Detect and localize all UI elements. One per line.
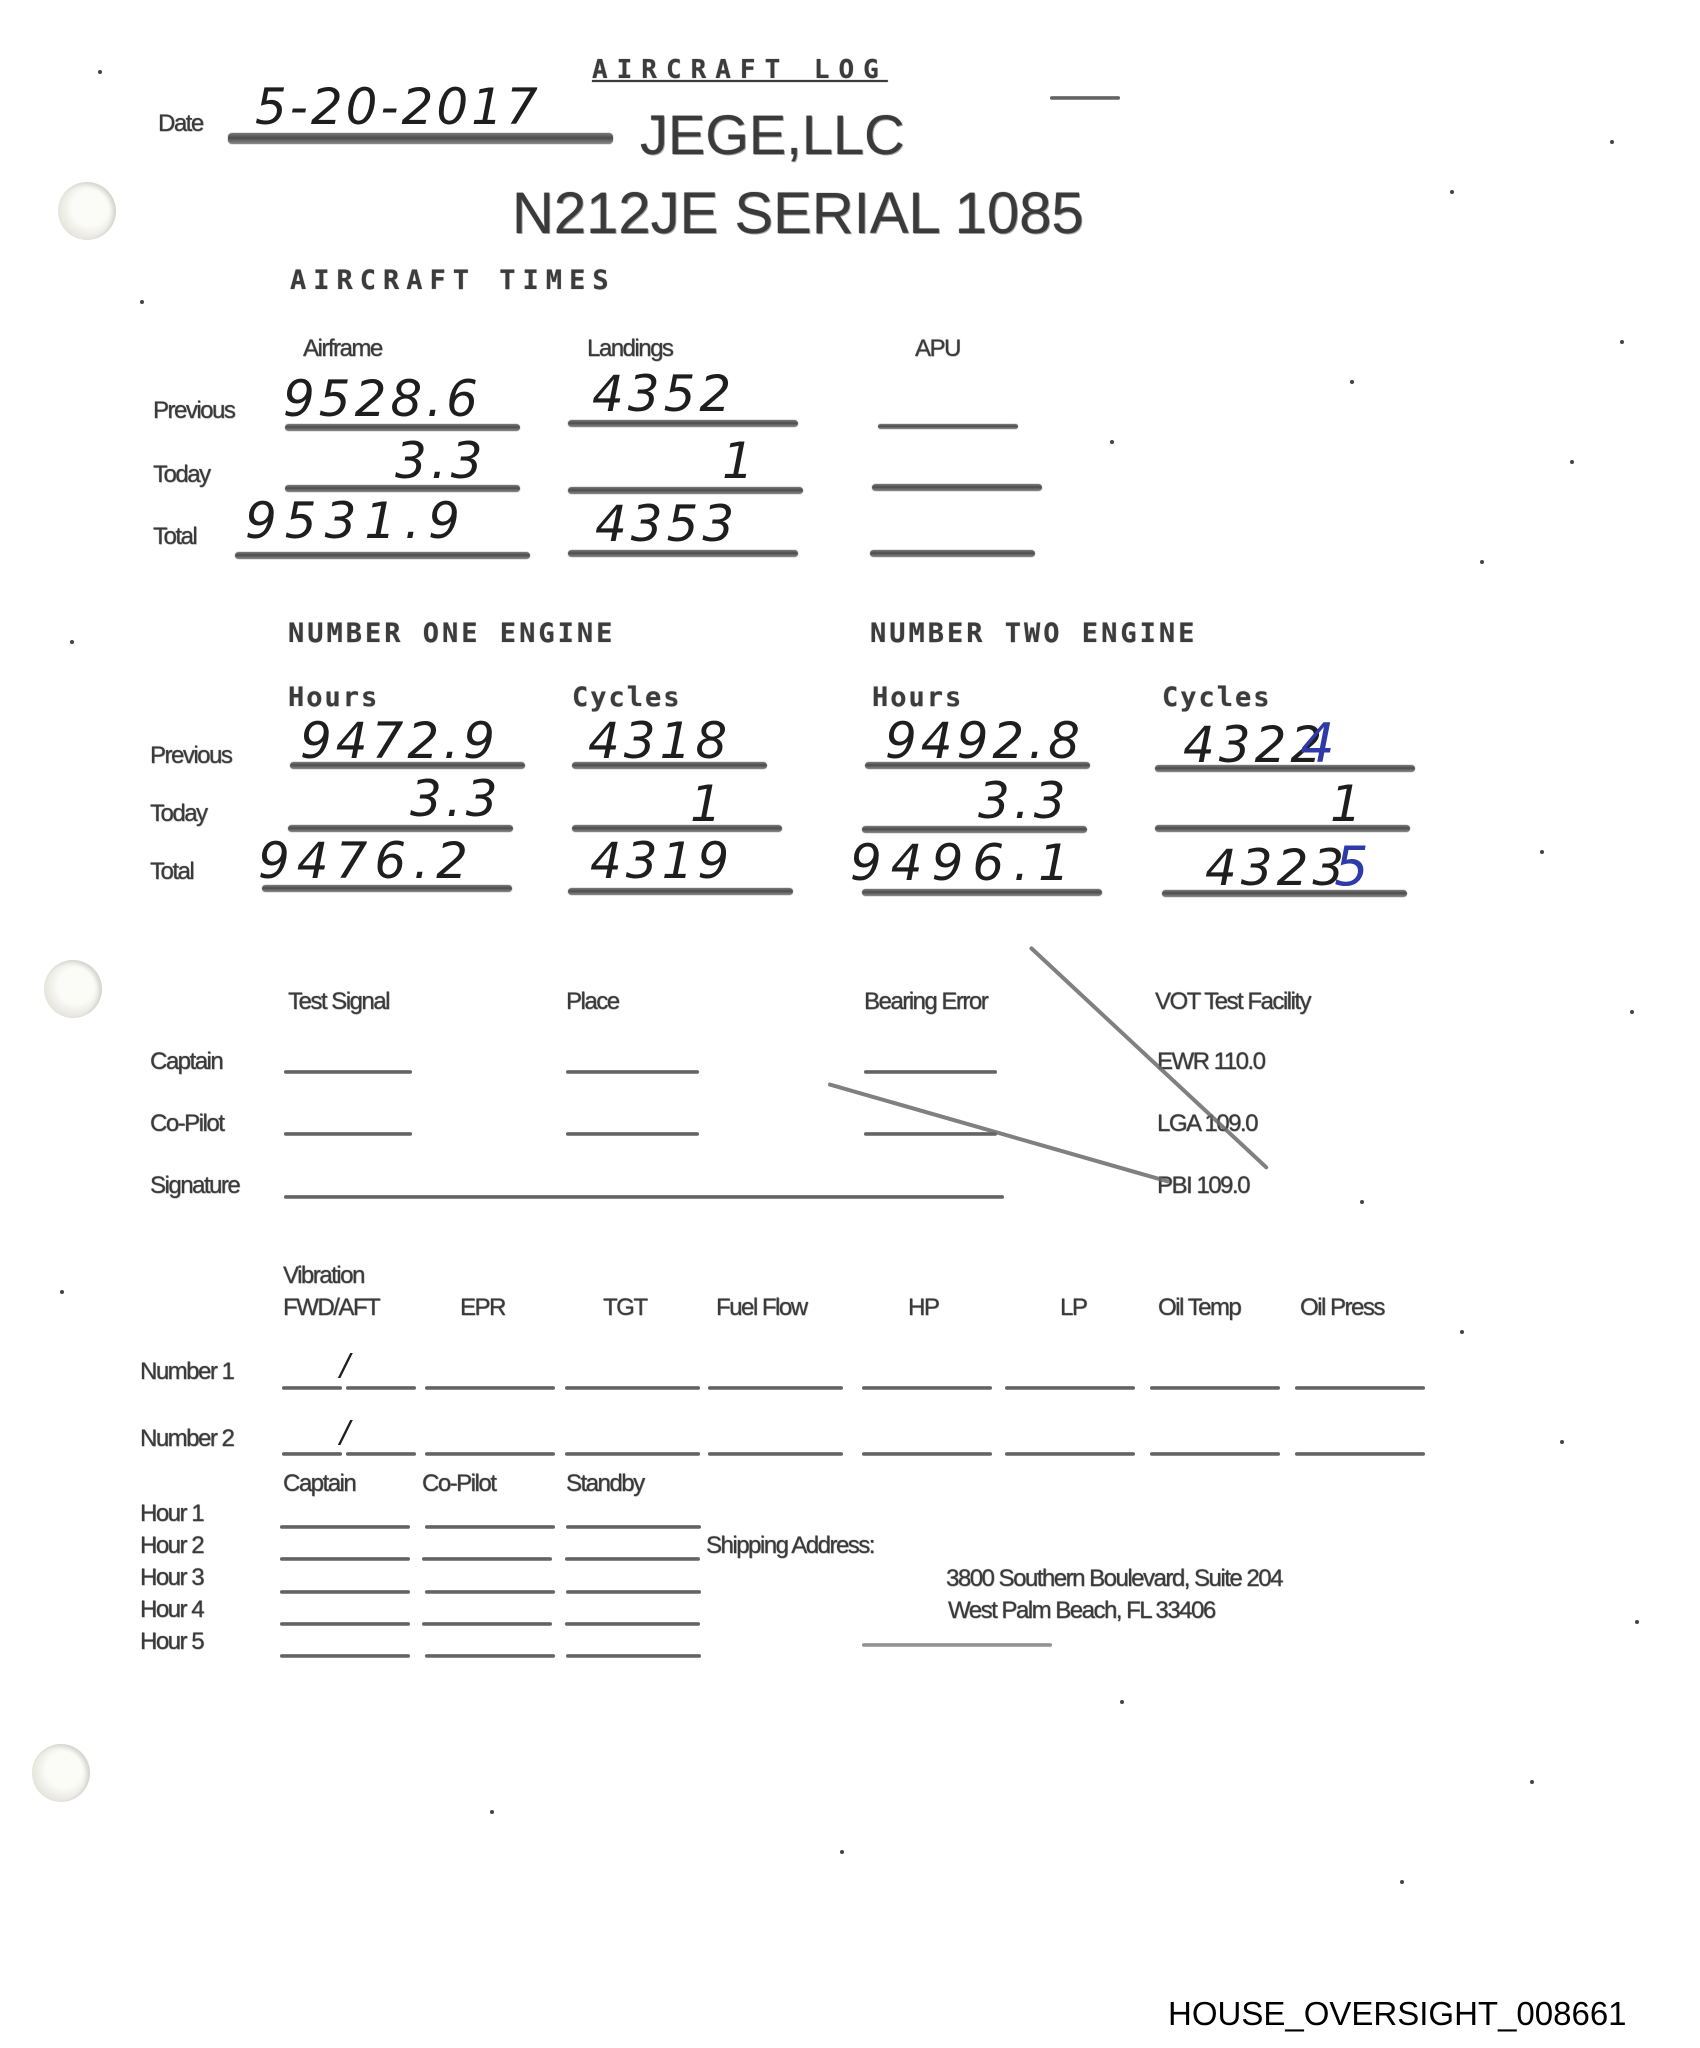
airframe-total-line [235, 552, 530, 559]
engine-one-title: NUMBER ONE ENGINE [288, 618, 615, 649]
col-hp: HP [908, 1294, 938, 1322]
hour-row-4: Hour 4 [140, 1596, 203, 1624]
engine-one-hours-label: Hours [288, 682, 379, 713]
engine-row-total: Total [150, 858, 193, 886]
shipping-line2: West Palm Beach, FL 33406 [948, 1597, 1215, 1625]
scan-speck [1635, 1620, 1639, 1624]
apu-today-line [872, 484, 1042, 491]
signature-field[interactable] [284, 1195, 1004, 1199]
engine-two-cycles-total-base: 4323 [1205, 839, 1348, 897]
airframe-previous[interactable]: 9528.6 [283, 370, 482, 428]
shipping-label: Shipping Address: [706, 1532, 874, 1560]
engine-two-cycles-total-correction: 5 [1334, 835, 1368, 898]
apu-total-line [870, 550, 1035, 557]
n1-fuel-flow-field[interactable] [708, 1386, 843, 1390]
scan-speck [1400, 1880, 1404, 1884]
scan-speck [140, 300, 144, 304]
n1-oil-press-field[interactable] [1295, 1386, 1425, 1390]
hour3-copilot-field[interactable] [425, 1590, 555, 1594]
engine-two-cycles-total[interactable]: 43235 [1205, 835, 1369, 898]
engine-row-previous: Previous [150, 742, 231, 770]
engine-two-hours-today-line [862, 826, 1087, 833]
n2-fuel-flow-field[interactable] [708, 1452, 843, 1456]
airframe-today-line [285, 485, 520, 492]
scan-speck [1450, 190, 1454, 194]
apu-previous-line [878, 424, 1018, 429]
engine-two-cycles-today-line [1155, 825, 1410, 832]
hour1-standby-field[interactable] [566, 1525, 701, 1529]
engine-two-hours-total[interactable]: 9496.1 [850, 834, 1079, 892]
scan-speck [1110, 440, 1114, 444]
hour2-standby-field[interactable] [565, 1557, 700, 1561]
scan-speck [98, 70, 102, 74]
n1-epr-field[interactable] [425, 1386, 555, 1390]
n2-tgt-field[interactable] [565, 1452, 700, 1456]
vibration-label-line1: Vibration [283, 1262, 364, 1290]
number2-vibration-slash: / [340, 1415, 354, 1450]
engine-one-hours-total[interactable]: 9476.2 [258, 832, 475, 890]
hour-row-5: Hour 5 [140, 1628, 203, 1656]
engine-two-cycles-label: Cycles [1162, 682, 1272, 713]
hour1-copilot-field[interactable] [425, 1525, 555, 1529]
scan-speck [1480, 560, 1484, 564]
hour-row-1: Hour 1 [140, 1500, 203, 1528]
title-underline-tail [1050, 96, 1120, 100]
hour1-captain-field[interactable] [280, 1525, 410, 1529]
col-epr: EPR [460, 1294, 505, 1322]
scan-speck [1530, 1780, 1534, 1784]
scan-speck [1610, 140, 1614, 144]
date-value[interactable]: 5-20-2017 [255, 78, 541, 136]
col-tgt: TGT [603, 1294, 647, 1322]
engine-one-cycles-previous-line [572, 762, 767, 769]
landings-today-line [568, 487, 803, 494]
hour5-standby-field[interactable] [566, 1654, 701, 1658]
hour4-standby-field[interactable] [565, 1622, 700, 1626]
hourly-col-captain: Captain [283, 1470, 355, 1498]
number1-vibration-slash: / [340, 1348, 354, 1383]
vot-row-signature: Signature [150, 1172, 239, 1200]
col-fuel-flow: Fuel Flow [716, 1294, 807, 1322]
scan-speck [1350, 380, 1354, 384]
engine-one-hours-total-line [262, 885, 512, 892]
col-landings: Landings [587, 335, 672, 363]
vot-col-test-signal: Test Signal [288, 988, 389, 1016]
scan-speck [840, 1850, 844, 1854]
n2-hp-field[interactable] [862, 1452, 992, 1456]
n2-vibration-aft[interactable] [346, 1452, 416, 1456]
engine-one-hours-today-line [288, 825, 513, 832]
hourly-col-standby: Standby [566, 1470, 644, 1498]
company-name: JEGE,LLC [640, 102, 905, 167]
copilot-test-signal-field[interactable] [284, 1132, 412, 1136]
punch-hole-bottom [32, 1744, 90, 1802]
row-today: Today [153, 461, 210, 489]
n2-lp-field[interactable] [1005, 1452, 1135, 1456]
landings-previous[interactable]: 4352 [592, 365, 735, 423]
form-title: AIRCRAFT LOG [592, 55, 888, 85]
n2-oil-press-field[interactable] [1295, 1452, 1425, 1456]
date-underline [228, 133, 613, 144]
col-oil-temp: Oil Temp [1158, 1294, 1240, 1322]
punch-hole-top [58, 182, 116, 240]
engine-row-today: Today [150, 800, 207, 828]
bates-number: HOUSE_OVERSIGHT_008661 [1168, 1995, 1627, 2033]
engine-one-cycles-total[interactable]: 4319 [590, 832, 733, 890]
captain-bearing-error-field[interactable] [864, 1070, 997, 1074]
airframe-previous-line [285, 424, 520, 431]
copilot-bearing-error-field[interactable] [864, 1132, 997, 1136]
airframe-total[interactable]: 9531.9 [245, 492, 468, 550]
n1-tgt-field[interactable] [565, 1386, 700, 1390]
scan-speck [1460, 1330, 1464, 1334]
reading-row-number1: Number 1 [140, 1358, 233, 1386]
n1-vibration-fwd[interactable] [282, 1386, 342, 1390]
landings-total-line [568, 550, 798, 557]
landings-today[interactable]: 1 [722, 432, 758, 490]
vot-facility-ewr: EWR 110.0 [1157, 1048, 1264, 1076]
n2-vibration-fwd[interactable] [282, 1452, 342, 1456]
engine-two-hours-total-line [862, 889, 1102, 896]
hour2-captain-field[interactable] [280, 1557, 410, 1561]
vibration-label-line2: FWD/AFT [283, 1294, 379, 1322]
col-airframe: Airframe [303, 335, 382, 363]
scan-speck [1540, 850, 1544, 854]
scan-speck [1570, 460, 1574, 464]
captain-test-signal-field[interactable] [284, 1070, 412, 1074]
hour3-captain-field[interactable] [280, 1590, 410, 1594]
scan-speck [1560, 1440, 1564, 1444]
scan-speck [60, 1290, 64, 1294]
n2-oil-temp-field[interactable] [1150, 1452, 1280, 1456]
vot-row-copilot: Co-Pilot [150, 1110, 223, 1138]
n1-vibration-aft[interactable] [346, 1386, 416, 1390]
landings-previous-line [568, 420, 798, 427]
n1-lp-field[interactable] [1005, 1386, 1135, 1390]
vot-col-facility: VOT Test Facility [1155, 988, 1310, 1016]
engine-two-hours-today[interactable]: 3.3 [978, 772, 1070, 830]
hourly-col-copilot: Co-Pilot [422, 1470, 495, 1498]
date-label: Date [158, 110, 203, 138]
hour3-standby-field[interactable] [566, 1590, 701, 1594]
punch-hole-middle [44, 960, 102, 1018]
captain-place-field[interactable] [566, 1070, 699, 1074]
engine-two-hours-label: Hours [872, 682, 963, 713]
hour5-captain-field[interactable] [280, 1654, 410, 1658]
engine-one-cycles-today-line [572, 825, 782, 832]
vot-facility-pbi: PBI 109.0 [1157, 1172, 1249, 1200]
n2-epr-field[interactable] [425, 1452, 555, 1456]
n1-hp-field[interactable] [862, 1386, 992, 1390]
engine-two-cycles-total-line [1162, 890, 1407, 897]
vot-row-captain: Captain [150, 1048, 222, 1076]
hour4-captain-field[interactable] [280, 1622, 410, 1626]
engine-two-cycles-previous-line [1155, 765, 1415, 772]
scan-speck [1120, 1700, 1124, 1704]
row-total: Total [153, 523, 196, 551]
airframe-today[interactable]: 3.3 [395, 432, 487, 490]
aircraft-times-title: AIRCRAFT TIMES [290, 265, 616, 296]
scan-speck [1630, 1010, 1634, 1014]
copilot-place-field[interactable] [566, 1132, 699, 1136]
shipping-line1: 3800 Southern Boulevard, Suite 204 [946, 1565, 1282, 1593]
scan-speck [1620, 340, 1624, 344]
scan-speck [490, 1810, 494, 1814]
reading-row-number2: Number 2 [140, 1425, 233, 1453]
engine-one-cycles-label: Cycles [572, 682, 682, 713]
hour-row-2: Hour 2 [140, 1532, 203, 1560]
engine-one-hours-today[interactable]: 3.3 [410, 770, 502, 828]
engine-one-hours-previous-line [290, 762, 525, 769]
vot-col-place: Place [566, 988, 619, 1016]
col-apu: APU [915, 335, 960, 363]
scan-speck [1360, 1200, 1364, 1204]
shipping-pen-mark [862, 1643, 1052, 1647]
engine-two-title: NUMBER TWO ENGINE [870, 618, 1197, 649]
hour2-copilot-field[interactable] [422, 1557, 552, 1561]
row-previous: Previous [153, 397, 234, 425]
col-lp: LP [1060, 1294, 1086, 1322]
hour-row-3: Hour 3 [140, 1564, 203, 1592]
hour4-copilot-field[interactable] [422, 1622, 552, 1626]
scan-speck [70, 640, 74, 644]
aircraft-registration: N212JE SERIAL 1085 [512, 180, 1084, 247]
engine-one-cycles-total-line [568, 888, 793, 895]
hour5-copilot-field[interactable] [425, 1654, 555, 1658]
vot-col-bearing-error: Bearing Error [864, 988, 987, 1016]
landings-total[interactable]: 4353 [595, 495, 738, 553]
engine-two-hours-previous-line [865, 762, 1090, 769]
n1-oil-temp-field[interactable] [1150, 1386, 1280, 1390]
col-oil-press: Oil Press [1300, 1294, 1384, 1322]
